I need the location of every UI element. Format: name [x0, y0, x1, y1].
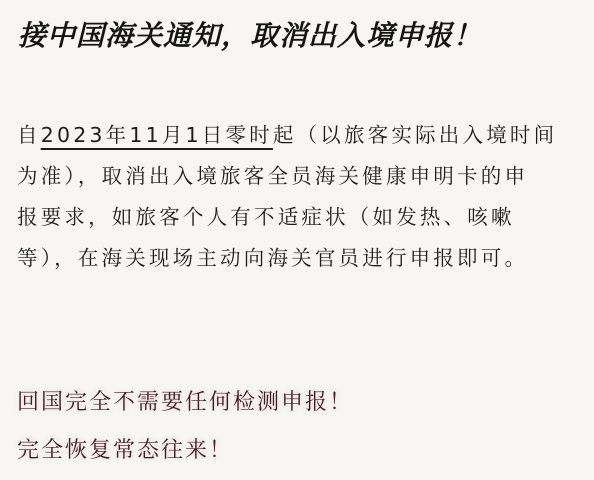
effective-date-underlined: 2023年11月1日零时 — [41, 123, 273, 147]
notice-body: 自2023年11月1日零时起（以旅客实际出入境时间 为准），取消出入境旅客全员海… — [17, 115, 587, 279]
conclusion-line-1: 回国完全不需要任何检测申报！ — [17, 385, 353, 416]
notice-line-1: 自2023年11月1日零时起（以旅客实际出入境时间 — [17, 115, 587, 156]
conclusion-line-2: 完全恢复常态往来！ — [17, 433, 233, 464]
notice-line-4: 等），在海关现场主动向海关官员进行申报即可。 — [17, 238, 587, 279]
notice-title: 接中国海关通知，取消出入境申报！ — [18, 14, 482, 54]
notice-line-1-rest: 起（以旅客实际出入境时间 — [273, 123, 557, 147]
notice-line-3: 报要求，如旅客个人有不适症状（如发热、咳嗽 — [17, 197, 587, 238]
notice-prefix: 自 — [17, 123, 41, 147]
notice-line-2: 为准），取消出入境旅客全员海关健康申明卡的申 — [17, 156, 587, 197]
